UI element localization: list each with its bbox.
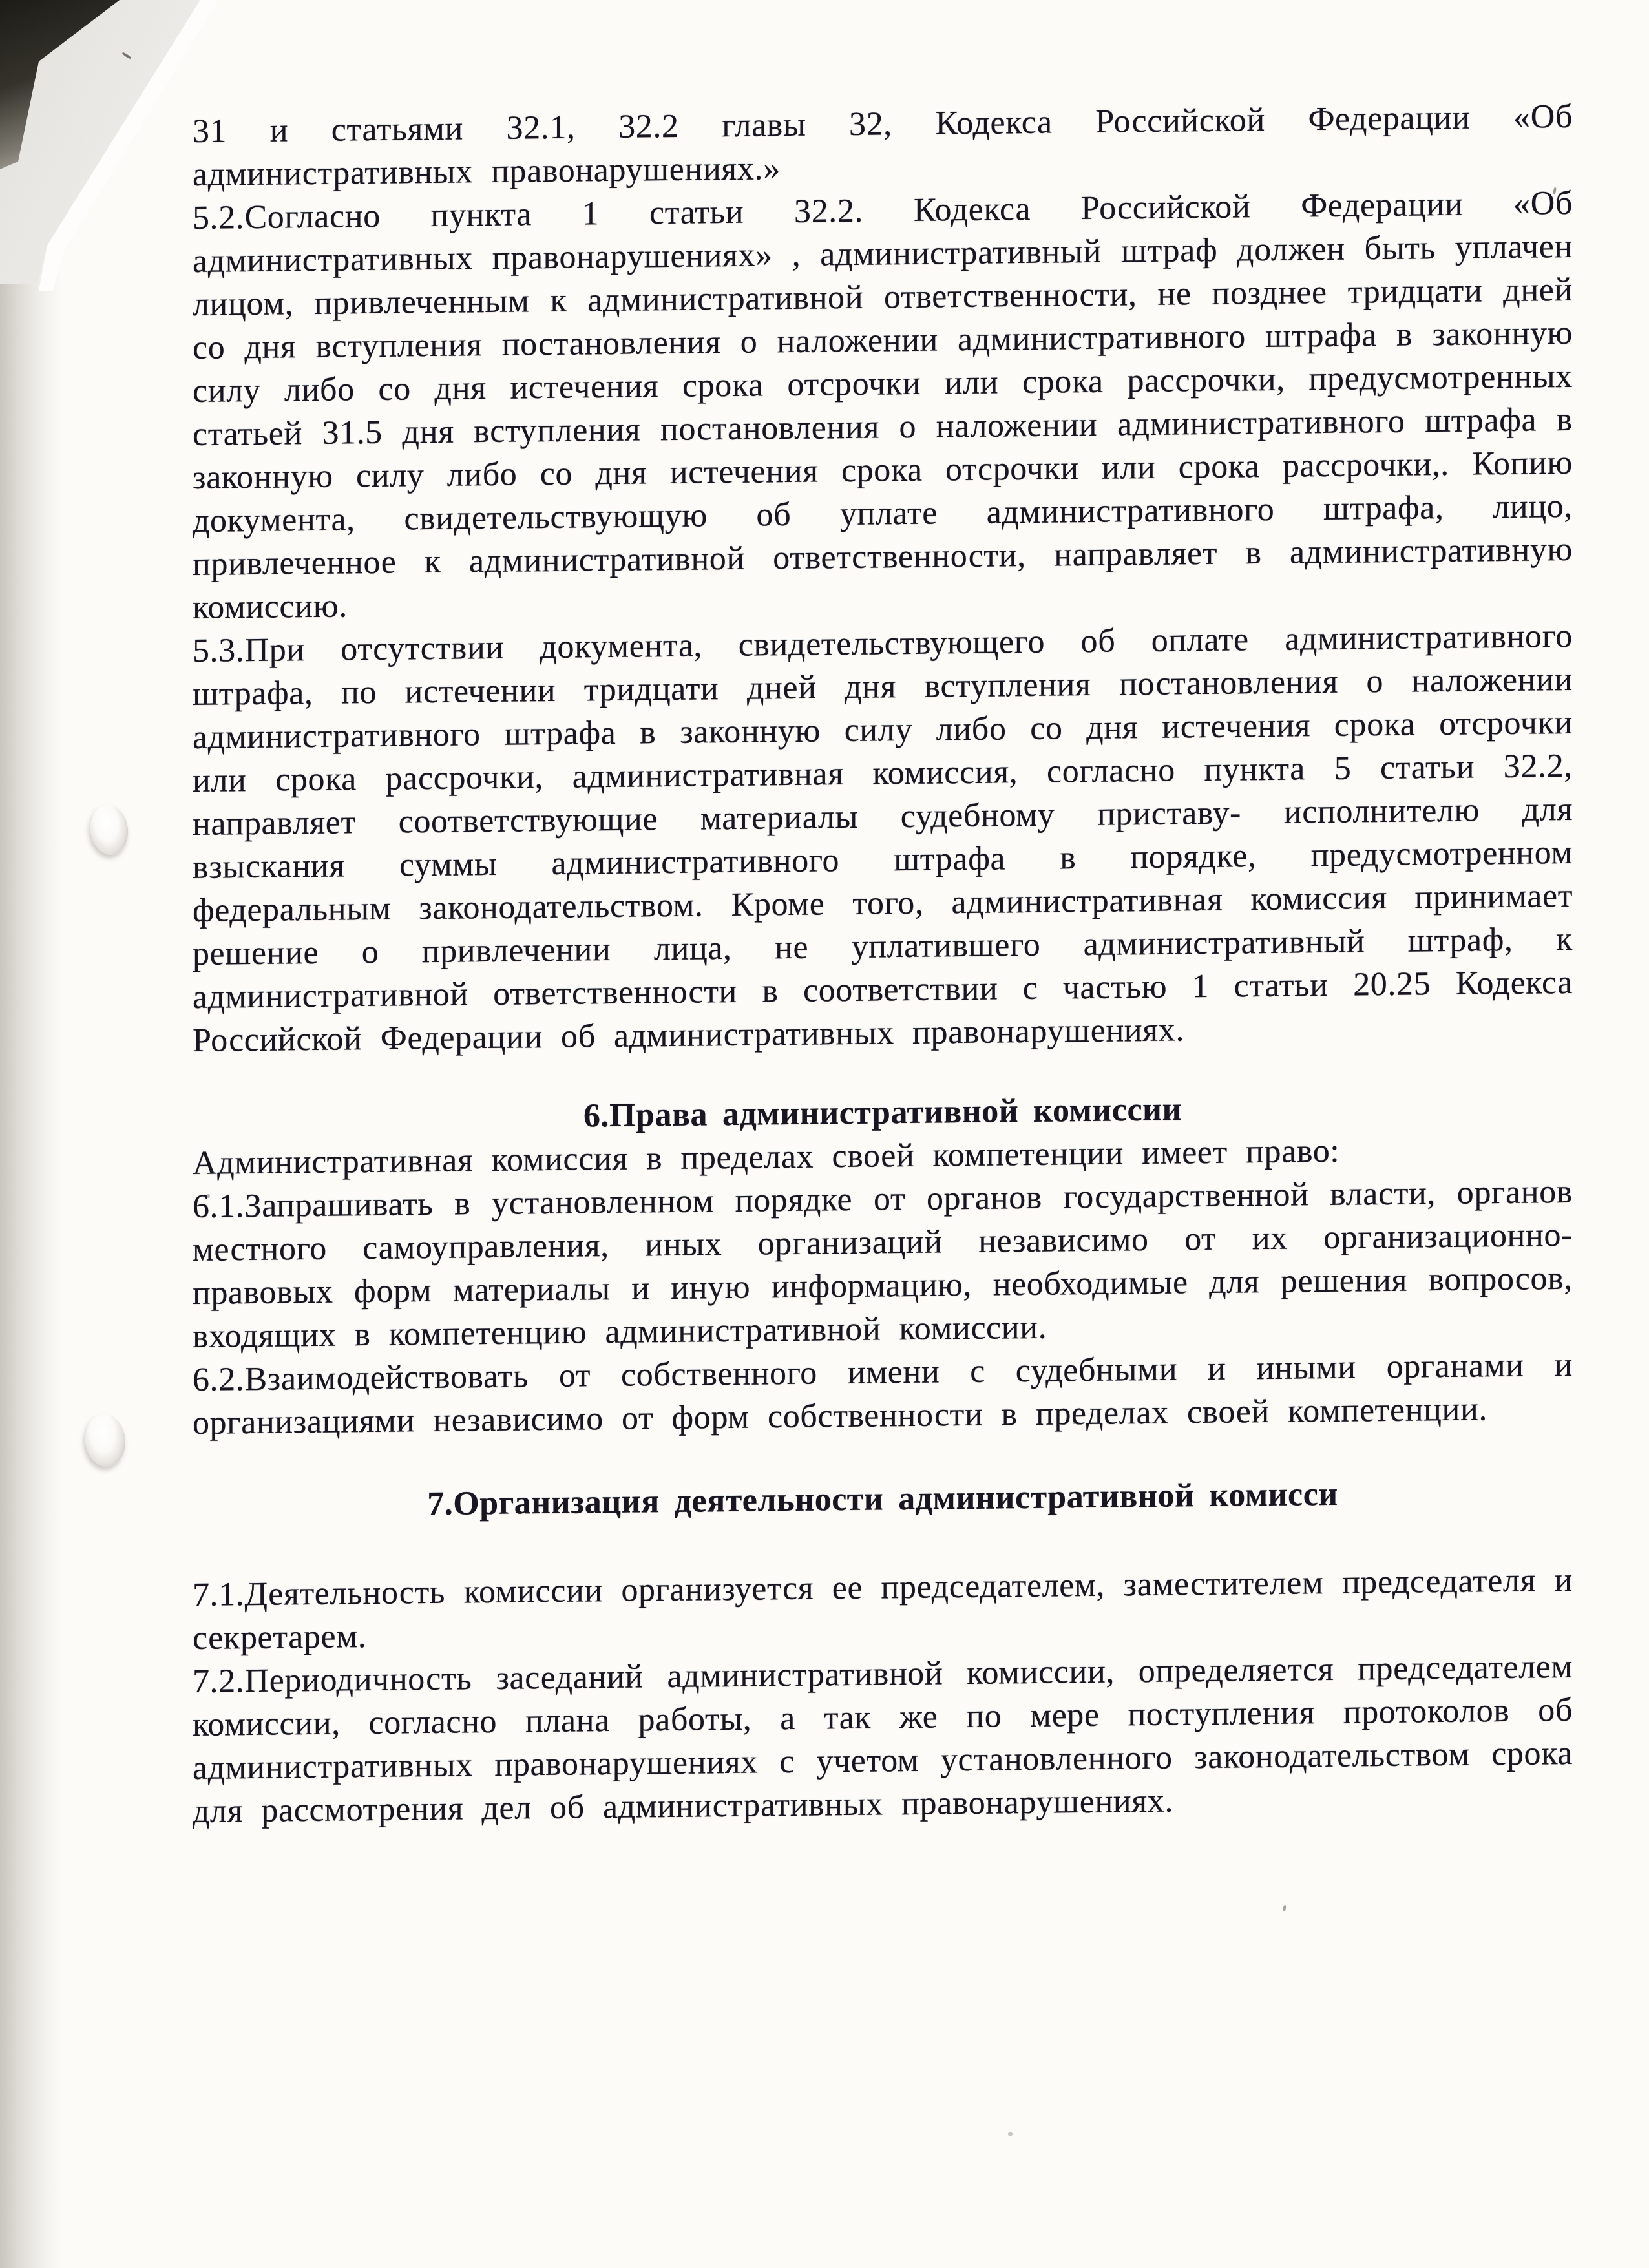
document-text-block: 31 и статьями 32.1, 32.2 главы 32, Кодек… [193,95,1573,1833]
scan-artifact [1008,2132,1013,2136]
paragraph-6-2: 6.2.Взаимодействовать от собственного им… [193,1343,1573,1445]
paragraph-7-2: 7.2.Периодичность заседаний администрати… [193,1645,1573,1833]
left-paper-edge-shadow [0,0,62,2268]
paragraph-31-continuation: 31 и статьями 32.1, 32.2 главы 32, Кодек… [193,95,1573,196]
paragraph-7-1: 7.1.Деятельность комиссии организуется е… [193,1559,1573,1660]
scan-artifact [1283,1905,1286,1911]
scanned-document-page: 31 и статьями 32.1, 32.2 главы 32, Кодек… [0,0,1649,2268]
paragraph-6-1: 6.1.Запрашивать в установленном порядке … [193,1170,1573,1358]
punch-hole-top [87,802,131,857]
punch-hole-bottom [83,1412,128,1469]
paragraph-5-3: 5.3.При отсутствии документа, свидетельс… [193,614,1573,1062]
paragraph-5-2: 5.2.Согласно пункта 1 статьи 32.2. Кодек… [193,182,1573,629]
section-7-heading: 7.Организация деятельности административ… [193,1470,1573,1528]
